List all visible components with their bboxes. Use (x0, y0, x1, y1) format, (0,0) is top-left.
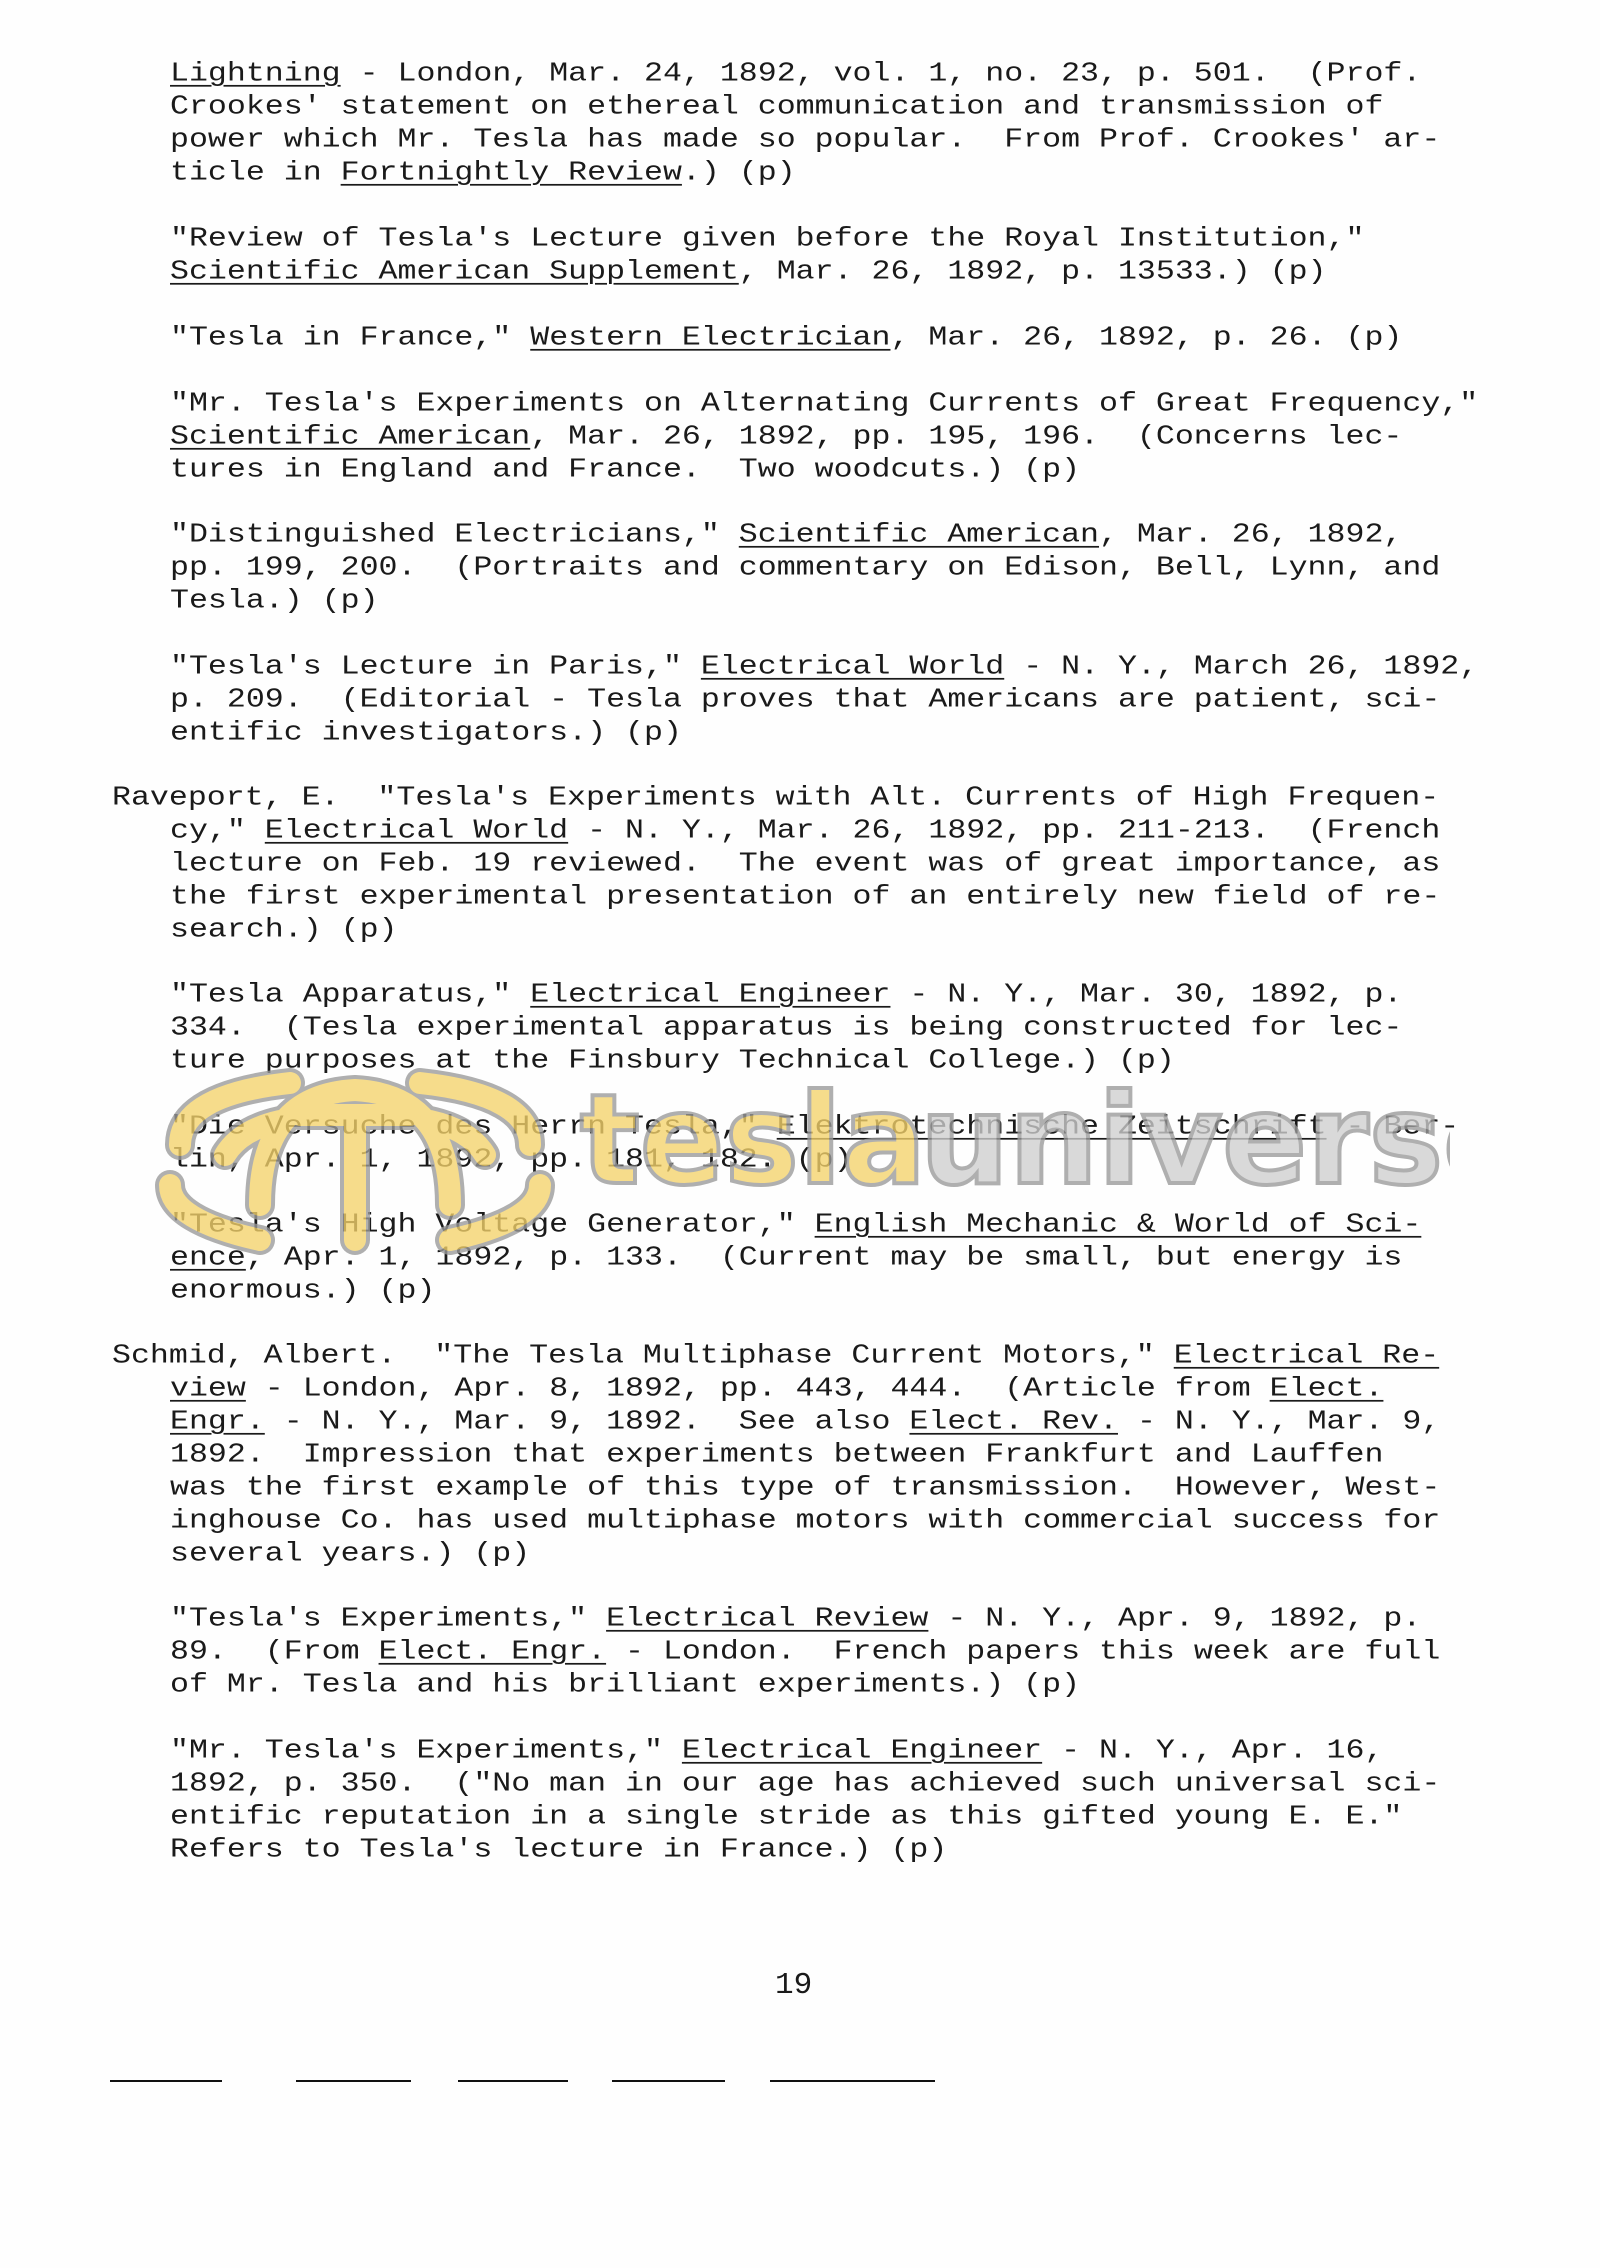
text-line: "Tesla's Lecture in Paris," Electrical W… (170, 653, 1478, 682)
text-line: view - London, Apr. 8, 1892, pp. 443, 44… (170, 1375, 1383, 1404)
text-line: Engr. - N. Y., Mar. 9, 1892. See also El… (170, 1408, 1440, 1437)
citation-text: .) (p) (682, 158, 796, 188)
citation-text: - N. Y., Mar. 26, 1892, pp. 211-213. (Fr… (568, 816, 1440, 846)
text-line: ence, Apr. 1, 1892, p. 133. (Current may… (170, 1244, 1402, 1273)
citation-text: ticle in (170, 158, 341, 188)
citation-text: "Tesla in France," (170, 323, 530, 353)
citation-text: , Mar. 26, 1892, p. 13533.) (p) (739, 257, 1327, 287)
citation-text: lin, Apr. 1, 1892, pp. 181, 182. (p) (170, 1145, 853, 1175)
journal-title: Engr. (170, 1407, 265, 1437)
citation-text: 334. (Tesla experimental apparatus is be… (170, 1013, 1402, 1043)
citation-text: statement on ethereal communication and … (322, 92, 1384, 122)
text-line: Scientific American, Mar. 26, 1892, pp. … (170, 423, 1402, 452)
citation-text: "Tesla's High Voltage Generator," (170, 1210, 815, 1240)
journal-title: Scientific American Supplement (170, 257, 739, 287)
text-line: of Mr. Tesla and his brilliant experimen… (170, 1671, 1080, 1700)
text-line: Scientific American Supplement, Mar. 26,… (170, 258, 1327, 287)
text-line: "Distinguished Electricians," Scientific… (170, 521, 1402, 550)
citation-text: - N. Y., Apr. 16, (1042, 1736, 1383, 1766)
citation-text: - N. Y., Mar. 30, 1892, p. (890, 980, 1402, 1010)
citation-text: 1892. Impression that experiments betwee… (170, 1440, 1383, 1470)
document-page: Lightning - London, Mar. 24, 1892, vol. … (0, 0, 1600, 2268)
journal-title: ence (170, 1243, 246, 1273)
journal-title: view (170, 1374, 246, 1404)
citation-text: 89. (From (170, 1637, 379, 1667)
page-number: 19 (775, 1968, 812, 2003)
text-line: ticle in Fortnightly Review.) (p) (170, 159, 796, 188)
text-line: entific investigators.) (p) (170, 719, 682, 748)
text-line: Refers to Tesla's lecture in France.) (p… (170, 1836, 947, 1865)
citation-text: Refers to Tesla's lecture in France.) (p… (170, 1835, 947, 1865)
text-line: pp. 199, 200. (Portraits and commentary … (170, 554, 1440, 583)
citation-text: tures in England and France. Two woodcut… (170, 455, 1080, 485)
citation-text: , Apr. 1, 1892, p. 133. (Current may be … (246, 1243, 1403, 1273)
text-line: ture purposes at the Finsbury Technical … (170, 1047, 1175, 1076)
journal-title: Electrical Engineer (530, 980, 890, 1010)
citation-text: - London. French papers this week are fu… (606, 1637, 1440, 1667)
citation-text: lecture on Feb. 19 reviewed. The event w… (170, 849, 1440, 879)
text-line: 334. (Tesla experimental apparatus is be… (170, 1014, 1402, 1043)
citation-text: entific reputation in a single stride as… (170, 1802, 1402, 1832)
text-line: "Review of Tesla's Lecture given before … (170, 225, 1364, 254)
citation-text: Schmid, Albert. "The Tesla Multiphase Cu… (112, 1341, 1174, 1371)
citation-text: "Mr. Tesla's Experiments on Alternating … (170, 389, 1478, 419)
text-line: "Die Versuche des Herrn Tesla," Elektrot… (170, 1113, 1459, 1142)
citation-text: enormous.) (p) (170, 1276, 435, 1306)
citation-text: ture purposes at the Finsbury Technical … (170, 1046, 1175, 1076)
footer-rule-5 (770, 2080, 935, 2082)
citation-text: , Mar. 26, 1892, p. 26. (p) (890, 323, 1402, 353)
text-line: entific reputation in a single stride as… (170, 1803, 1402, 1832)
journal-title: Scientific American (739, 520, 1099, 550)
journal-title: Western Electrician (530, 323, 890, 353)
journal-title: Electrical Review (606, 1604, 928, 1634)
journal-title: Electrical World (701, 652, 1004, 682)
journal-title: Elect. (1270, 1374, 1384, 1404)
journal-title: English Mechanic & World of Sci- (815, 1210, 1422, 1240)
text-line: 1892, p. 350. ("No man in our age has ac… (170, 1770, 1440, 1799)
citation-text: - N. Y., March 26, 1892, (1004, 652, 1478, 682)
citation-text: "Distinguished Electricians," (170, 520, 739, 550)
text-line: p. 209. (Editorial - Tesla proves that A… (170, 686, 1440, 715)
citation-text: - N. Y., Mar. 9, (1118, 1407, 1440, 1437)
text-line: power which Mr. Tesla has made so popula… (170, 126, 1440, 155)
citation-text: Raveport, E. "Tesla's Experiments with A… (112, 783, 1439, 813)
citation-text: , Mar. 26, 1892, (1099, 520, 1402, 550)
text-line: cy," Electrical World - N. Y., Mar. 26, … (170, 817, 1440, 846)
text-line: Lightning - London, Mar. 24, 1892, vol. … (170, 60, 1421, 89)
citation-text: several years.) (p) (170, 1539, 530, 1569)
journal-title: Elect. Rev. (909, 1407, 1118, 1437)
footer-rule-4 (612, 2080, 725, 2082)
citation-text: was the first example of this type of tr… (170, 1473, 1440, 1503)
citation-text: p. 209. (Editorial - Tesla proves that A… (170, 685, 1440, 715)
text-line: 89. (From Elect. Engr. - London. French … (170, 1638, 1440, 1667)
citation-text: - Ber- (1327, 1112, 1460, 1142)
citation-text: pp. 199, 200. (Portraits and commentary … (170, 553, 1440, 583)
text-line: 1892. Impression that experiments betwee… (170, 1441, 1383, 1470)
text-line: "Tesla's High Voltage Generator," Englis… (170, 1211, 1421, 1240)
text-line: enormous.) (p) (170, 1277, 435, 1306)
citation-text: inghouse Co. has used multiphase motors … (170, 1506, 1440, 1536)
text-line: was the first example of this type of tr… (170, 1474, 1440, 1503)
journal-title: Lightning (170, 59, 341, 89)
text-line: "Mr. Tesla's Experiments on Alternating … (170, 390, 1478, 419)
citation-text: the first experimental presentation of a… (170, 882, 1440, 912)
citation-text: - London, Mar. 24, 1892, vol. 1, no. 23,… (341, 59, 1422, 89)
citation-text: cy," (170, 816, 265, 846)
footer-rule-3 (458, 2080, 568, 2082)
citation-text: "Mr. Tesla's Experiments," (170, 1736, 682, 1766)
journal-title: Electrical World (265, 816, 568, 846)
text-line: "Tesla's Experiments," Electrical Review… (170, 1605, 1421, 1634)
text-line: Schmid, Albert. "The Tesla Multiphase Cu… (112, 1342, 1439, 1371)
citation-text: - N. Y., Apr. 9, 1892, p. (928, 1604, 1421, 1634)
citation-text: "Tesla's Lecture in Paris," (170, 652, 701, 682)
citation-text: of Mr. Tesla and his brilliant experimen… (170, 1670, 1080, 1700)
footer-rule-1 (110, 2080, 222, 2082)
text-line: tures in England and France. Two woodcut… (170, 456, 1080, 485)
text-line: search.) (p) (170, 916, 398, 945)
text-line: inghouse Co. has used multiphase motors … (170, 1507, 1440, 1536)
text-line: several years.) (p) (170, 1540, 530, 1569)
text-line: Raveport, E. "Tesla's Experiments with A… (112, 784, 1439, 813)
citation-text: "Review of Tesla's Lecture given before … (170, 224, 1364, 254)
journal-title: Electrical Re- (1174, 1341, 1439, 1371)
citation-text: - London, Apr. 8, 1892, pp. 443, 444. (A… (246, 1374, 1270, 1404)
footer-rule-2 (296, 2080, 411, 2082)
citation-text: 1892, p. 350. ("No man in our age has ac… (170, 1769, 1440, 1799)
citation-text: Tesla.) (p) (170, 586, 379, 616)
text-line: "Tesla Apparatus," Electrical Engineer -… (170, 981, 1402, 1010)
citation-text: - N. Y., Mar. 9, 1892. See also (265, 1407, 910, 1437)
text-line: Tesla.) (p) (170, 587, 379, 616)
journal-title: Elect. Engr. (379, 1637, 607, 1667)
journal-title: Scientific American (170, 422, 530, 452)
journal-title: Elektrotechnische Zeitschrift (777, 1112, 1327, 1142)
citation-text: , Mar. 26, 1892, pp. 195, 196. (Concerns… (530, 422, 1402, 452)
text-line: "Tesla in France," Western Electrician, … (170, 324, 1402, 353)
text-line: "Mr. Tesla's Experiments," Electrical En… (170, 1737, 1383, 1766)
citation-text: Crookes' (170, 92, 322, 122)
text-line: lin, Apr. 1, 1892, pp. 181, 182. (p) (170, 1146, 853, 1175)
journal-title: Electrical Engineer (682, 1736, 1042, 1766)
citation-text: "Die Versuche des Herrn Tesla," (170, 1112, 777, 1142)
citation-text: power which Mr. Tesla has made so popula… (170, 125, 1440, 155)
text-line: the first experimental presentation of a… (170, 883, 1440, 912)
text-line: Crookes' statement on ethereal communica… (170, 93, 1383, 122)
citation-text: entific investigators.) (p) (170, 718, 682, 748)
text-line: lecture on Feb. 19 reviewed. The event w… (170, 850, 1440, 879)
journal-title: Fortnightly Review (341, 158, 682, 188)
citation-text: "Tesla Apparatus," (170, 980, 530, 1010)
citation-text: search.) (p) (170, 915, 398, 945)
citation-text: "Tesla's Experiments," (170, 1604, 606, 1634)
